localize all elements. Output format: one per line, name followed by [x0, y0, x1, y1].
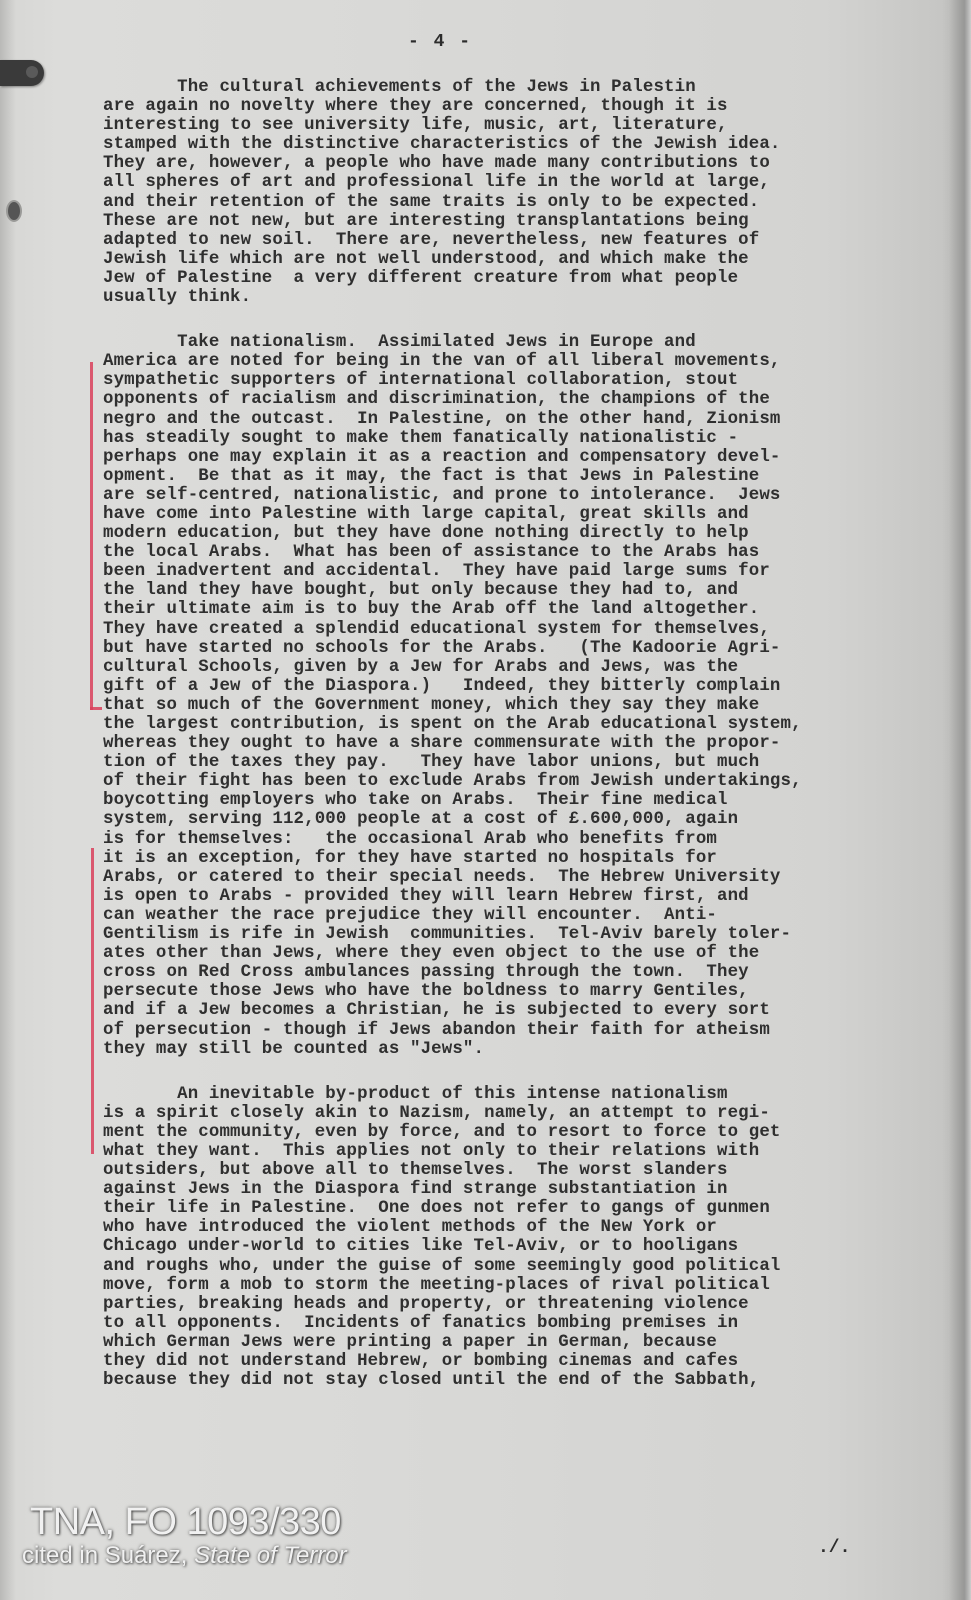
text-line: all spheres of art and professional life…: [103, 173, 923, 192]
text-line: the land they have bought, but only beca…: [103, 581, 923, 600]
text-line: of their fight has been to exclude Arabs…: [103, 772, 923, 791]
text-line: move, form a mob to storm the meeting-pl…: [103, 1276, 923, 1295]
text-line: but have started no schools for the Arab…: [103, 639, 923, 658]
archive-reference: TNA, FO 1093/330: [30, 1502, 347, 1542]
text-line: the largest contribution, is spent on th…: [103, 715, 923, 734]
red-margin-bracket-upper: [90, 362, 93, 710]
text-line: that so much of the Government money, wh…: [103, 696, 923, 715]
text-line: boycotting employers who take on Arabs. …: [103, 791, 923, 810]
paper-left-edge: [0, 0, 16, 1600]
text-line: parties, breaking heads and property, or…: [103, 1295, 923, 1314]
citation-line: cited in Suárez, State of Terror: [22, 1542, 347, 1570]
text-line: Gentilism is rife in Jewish communities.…: [103, 925, 923, 944]
text-line: and their retention of the same traits i…: [103, 193, 923, 212]
page-number: - 4 -: [0, 32, 880, 52]
text-line: An inevitable by-product of this intense…: [103, 1085, 923, 1104]
text-line: system, serving 112,000 people at a cost…: [103, 810, 923, 829]
text-line: negro and the outcast. In Palestine, on …: [103, 410, 923, 429]
text-line: and roughs who, under the guise of some …: [103, 1257, 923, 1276]
paragraph-by-product: An inevitable by-product of this intense…: [103, 1085, 923, 1391]
text-line: gift of a Jew of the Diaspora.) Indeed, …: [103, 677, 923, 696]
text-line: The cultural achievements of the Jews in…: [103, 78, 923, 97]
typed-body-text: The cultural achievements of the Jews in…: [103, 78, 923, 1416]
text-line: stamped with the distinctive characteris…: [103, 135, 923, 154]
text-line: can weather the race prejudice they will…: [103, 906, 923, 925]
text-line: cross on Red Cross ambulances passing th…: [103, 963, 923, 982]
text-line: outsiders, but above all to themselves. …: [103, 1161, 923, 1180]
text-line: America are noted for being in the van o…: [103, 352, 923, 371]
continuation-mark: ./.: [818, 1538, 850, 1558]
text-line: are self-centred, nationalistic, and pro…: [103, 486, 923, 505]
text-line: adapted to new soil. There are, neverthe…: [103, 231, 923, 250]
text-line: who have introduced the violent methods …: [103, 1218, 923, 1237]
text-line: ates other than Jews, where they even ob…: [103, 944, 923, 963]
text-line: are again no novelty where they are conc…: [103, 97, 923, 116]
text-line: their life in Palestine. One does not re…: [103, 1199, 923, 1218]
text-line: against Jews in the Diaspora find strang…: [103, 1180, 923, 1199]
text-line: it is an exception, for they have starte…: [103, 849, 923, 868]
binding-clip-icon: [0, 60, 44, 86]
text-line: have come into Palestine with large capi…: [103, 505, 923, 524]
text-line: their ultimate aim is to buy the Arab of…: [103, 600, 923, 619]
punch-hole-icon: [6, 200, 22, 222]
text-line: whereas they ought to have a share comme…: [103, 734, 923, 753]
text-line: cultural Schools, given by a Jew for Ara…: [103, 658, 923, 677]
text-line: which German Jews were printing a paper …: [103, 1333, 923, 1352]
red-margin-bracket-lower: [91, 848, 94, 1154]
red-margin-bracket-upper-foot: [90, 707, 102, 710]
text-line: has steadily sought to make them fanatic…: [103, 429, 923, 448]
citation-book-title: State of Terror: [194, 1542, 347, 1569]
text-line: of persecution - though if Jews abandon …: [103, 1021, 923, 1040]
text-line: is open to Arabs - provided they will le…: [103, 887, 923, 906]
text-line: is a spirit closely akin to Nazism, name…: [103, 1104, 923, 1123]
text-line: interesting to see university life, musi…: [103, 116, 923, 135]
text-line: is for themselves: the occasional Arab w…: [103, 830, 923, 849]
text-line: the local Arabs. What has been of assist…: [103, 543, 923, 562]
text-line: Arabs, or catered to their special needs…: [103, 868, 923, 887]
text-line: sympathetic supporters of international …: [103, 371, 923, 390]
text-line: ment the community, even by force, and t…: [103, 1123, 923, 1142]
text-line: modern education, but they have done not…: [103, 524, 923, 543]
text-line: perhaps one may explain it as a reaction…: [103, 448, 923, 467]
paragraph-cultural-achievements: The cultural achievements of the Jews in…: [103, 78, 923, 307]
text-line: because they did not stay closed until t…: [103, 1371, 923, 1390]
text-line: to all opponents. Incidents of fanatics …: [103, 1314, 923, 1333]
source-caption: TNA, FO 1093/330 cited in Suárez, State …: [22, 1502, 347, 1570]
text-line: Jewish life which are not well understoo…: [103, 250, 923, 269]
text-line: Jew of Palestine a very different creatu…: [103, 269, 923, 288]
text-line: They are, however, a people who have mad…: [103, 154, 923, 173]
text-line: they did not understand Hebrew, or bombi…: [103, 1352, 923, 1371]
citation-prefix: cited in Suárez,: [22, 1542, 194, 1569]
paragraph-nationalism: Take nationalism. Assimilated Jews in Eu…: [103, 333, 923, 1059]
text-line: they may still be counted as "Jews".: [103, 1040, 923, 1059]
text-line: tion of the taxes they pay. They have la…: [103, 753, 923, 772]
text-line: Take nationalism. Assimilated Jews in Eu…: [103, 333, 923, 352]
document-page: - 4 - The cultural achievements of the J…: [0, 0, 971, 1600]
text-line: They have created a splendid educational…: [103, 620, 923, 639]
text-line: been inadvertent and accidental. They ha…: [103, 562, 923, 581]
text-line: opponents of racialism and discriminatio…: [103, 390, 923, 409]
text-line: and if a Jew becomes a Christian, he is …: [103, 1001, 923, 1020]
text-line: usually think.: [103, 288, 923, 307]
text-line: opment. Be that as it may, the fact is t…: [103, 467, 923, 486]
text-line: what they want. This applies not only to…: [103, 1142, 923, 1161]
text-line: Chicago under-world to cities like Tel-A…: [103, 1237, 923, 1256]
text-line: These are not new, but are interesting t…: [103, 212, 923, 231]
text-line: persecute those Jews who have the boldne…: [103, 982, 923, 1001]
